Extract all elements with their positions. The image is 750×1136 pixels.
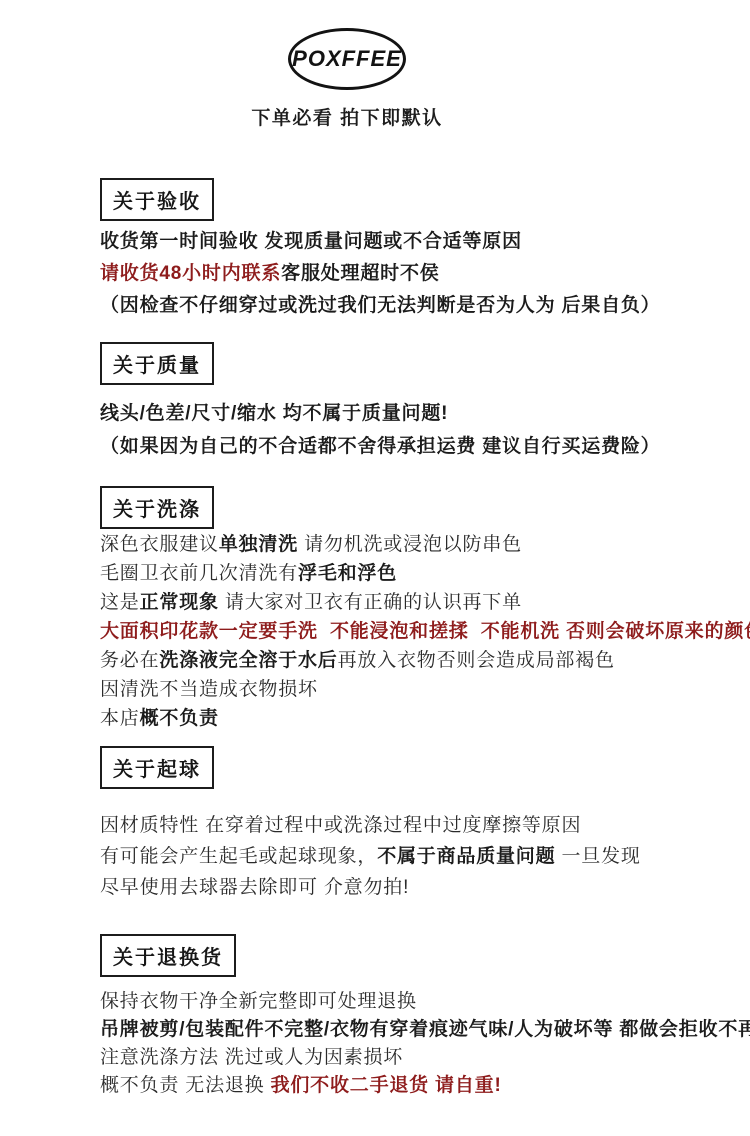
text-segment: 深色衣服建议 [100,534,219,555]
text-segment: 请勿机洗或浸泡以防串色 [298,534,522,555]
notice-line: 尽早使用去球器去除即可 介意勿拍! [100,872,730,903]
text-segment: 有可能会产生起毛或起球现象， [100,846,377,867]
notice-section: 关于起球因材质特性 在穿着过程中或洗涤过程中过度摩擦等原因有可能会产生起毛或起球… [100,746,730,903]
notice-line: 注意洗涤方法 洗过或人为因素损坏 [100,1044,730,1072]
text-segment: 概不负责 无法退换 [100,1075,271,1096]
notice-line: 线头/色差/尺寸/缩水 均不属于质量问题! [100,397,730,430]
notice-section: 关于验收收货第一时间验收 发现质量问题或不合适等原因请收货48小时内联系客服处理… [100,178,730,322]
text-segment: 浮毛和浮色 [298,563,397,584]
text-segment: 大面积印花款一定要手洗 不能浸泡和搓揉 不能机洗 否则会破坏原来的颜色 [100,621,750,642]
section-body: 保持衣物干净全新完整即可处理退换吊牌被剪/包装配件不完整/衣物有穿着痕迹气味/人… [100,988,730,1100]
text-segment: （如果因为自己的不合适都不舍得承担运费 建议自行买运费险） [100,436,660,457]
notice-line: 保持衣物干净全新完整即可处理退换 [100,988,730,1016]
text-segment: 我们不收二手退货 请自重! [271,1075,502,1096]
text-segment: 一旦发现 [555,846,640,867]
notice-line: 务必在洗涤液完全溶于水后再放入衣物否则会造成局部褐色 [100,646,730,675]
notice-line: 请收货48小时内联系客服处理超时不侯 [100,258,730,290]
text-segment: 线头/色差/尺寸/缩水 均不属于质量问题! [100,403,448,424]
text-segment: 请大家对卫衣有正确的认识再下单 [219,592,522,613]
section-body: 线头/色差/尺寸/缩水 均不属于质量问题!（如果因为自己的不合适都不舍得承担运费… [100,397,730,463]
text-segment: 本店 [100,708,140,729]
section-title: 关于质量 [113,355,201,377]
text-segment: 洗涤液完全溶于水后 [159,650,337,671]
text-segment: 收货第一时间验收 发现质量问题或不合适等原因 [100,231,522,252]
text-segment: 吊牌被剪/包装配件不完整/衣物有穿着痕迹气味/人为破坏等 都做会拒收不再处理! [100,1019,750,1040]
section-title: 关于起球 [113,759,201,781]
text-segment: 客服处理超时不侯 [281,263,439,284]
text-segment: 务必在 [100,650,159,671]
text-segment: 毛圈卫衣前几次清洗有 [100,563,298,584]
text-segment: 注意洗涤方法 洗过或人为因素损坏 [100,1047,403,1068]
section-body: 深色衣服建议单独清洗 请勿机洗或浸泡以防串色毛圈卫衣前几次清洗有浮毛和浮色这是正… [100,530,730,733]
notice-line: 毛圈卫衣前几次清洗有浮毛和浮色 [100,559,730,588]
text-segment: （因检查不仔细穿过或洗过我们无法判断是否为人为 后果自负） [100,295,660,316]
notice-line: 深色衣服建议单独清洗 请勿机洗或浸泡以防串色 [100,530,730,559]
notice-line: （因检查不仔细穿过或洗过我们无法判断是否为人为 后果自负） [100,290,730,322]
notice-section: 关于质量线头/色差/尺寸/缩水 均不属于质量问题!（如果因为自己的不合适都不舍得… [100,342,730,463]
notice-section: 关于退换货保持衣物干净全新完整即可处理退换吊牌被剪/包装配件不完整/衣物有穿着痕… [100,934,730,1100]
notice-line: 这是正常现象 请大家对卫衣有正确的认识再下单 [100,588,730,617]
page-subtitle: 下单必看 拍下即默认 [0,103,694,130]
text-segment: 单独清洗 [219,534,298,555]
notice-section: 关于洗涤深色衣服建议单独清洗 请勿机洗或浸泡以防串色毛圈卫衣前几次清洗有浮毛和浮… [100,486,730,733]
brand-logo-text: POXFFEE [292,46,402,71]
notice-line: 收货第一时间验收 发现质量问题或不合适等原因 [100,226,730,258]
section-title: 关于退换货 [113,947,223,969]
text-segment: 保持衣物干净全新完整即可处理退换 [100,991,417,1012]
section-title: 关于洗涤 [113,499,201,521]
section-title-box: 关于质量 [100,342,214,385]
section-body: 收货第一时间验收 发现质量问题或不合适等原因请收货48小时内联系客服处理超时不侯… [100,226,730,322]
text-segment: 正常现象 [140,592,219,613]
notice-line: 因材质特性 在穿着过程中或洗涤过程中过度摩擦等原因 [100,810,730,841]
notice-line: 有可能会产生起毛或起球现象，不属于商品质量问题 一旦发现 [100,841,730,872]
text-segment: 请收货48小时内联系 [100,263,281,284]
notice-line: （如果因为自己的不合适都不舍得承担运费 建议自行买运费险） [100,430,730,463]
store-notice-page: POXFFEE 下单必看 拍下即默认 关于验收收货第一时间验收 发现质量问题或不… [0,0,750,1136]
brand-logo-oval: POXFFEE [288,28,406,90]
notice-sections: 关于验收收货第一时间验收 发现质量问题或不合适等原因请收货48小时内联系客服处理… [0,178,750,1100]
section-title-box: 关于起球 [100,746,214,789]
section-title-box: 关于退换货 [100,934,236,977]
text-segment: 这是 [100,592,140,613]
notice-line: 本店概不负责 [100,704,730,733]
text-segment: 概不负责 [140,708,219,729]
section-body: 因材质特性 在穿着过程中或洗涤过程中过度摩擦等原因有可能会产生起毛或起球现象，不… [100,810,730,903]
brand-header: POXFFEE 下单必看 拍下即默认 [0,0,694,130]
text-segment: 再放入衣物否则会造成局部褐色 [338,650,615,671]
text-segment: 尽早使用去球器去除即可 介意勿拍! [100,877,409,898]
notice-line: 因清洗不当造成衣物损坏 [100,675,730,704]
section-title-box: 关于洗涤 [100,486,214,529]
notice-line: 吊牌被剪/包装配件不完整/衣物有穿着痕迹气味/人为破坏等 都做会拒收不再处理! [100,1016,730,1044]
text-segment: 不属于商品质量问题 [377,846,555,867]
notice-line: 概不负责 无法退换 我们不收二手退货 请自重! [100,1072,730,1100]
text-segment: 因清洗不当造成衣物损坏 [100,679,318,700]
section-title-box: 关于验收 [100,178,214,221]
section-title: 关于验收 [113,191,201,213]
notice-line: 大面积印花款一定要手洗 不能浸泡和搓揉 不能机洗 否则会破坏原来的颜色 [100,617,730,646]
text-segment: 因材质特性 在穿着过程中或洗涤过程中过度摩擦等原因 [100,815,581,836]
